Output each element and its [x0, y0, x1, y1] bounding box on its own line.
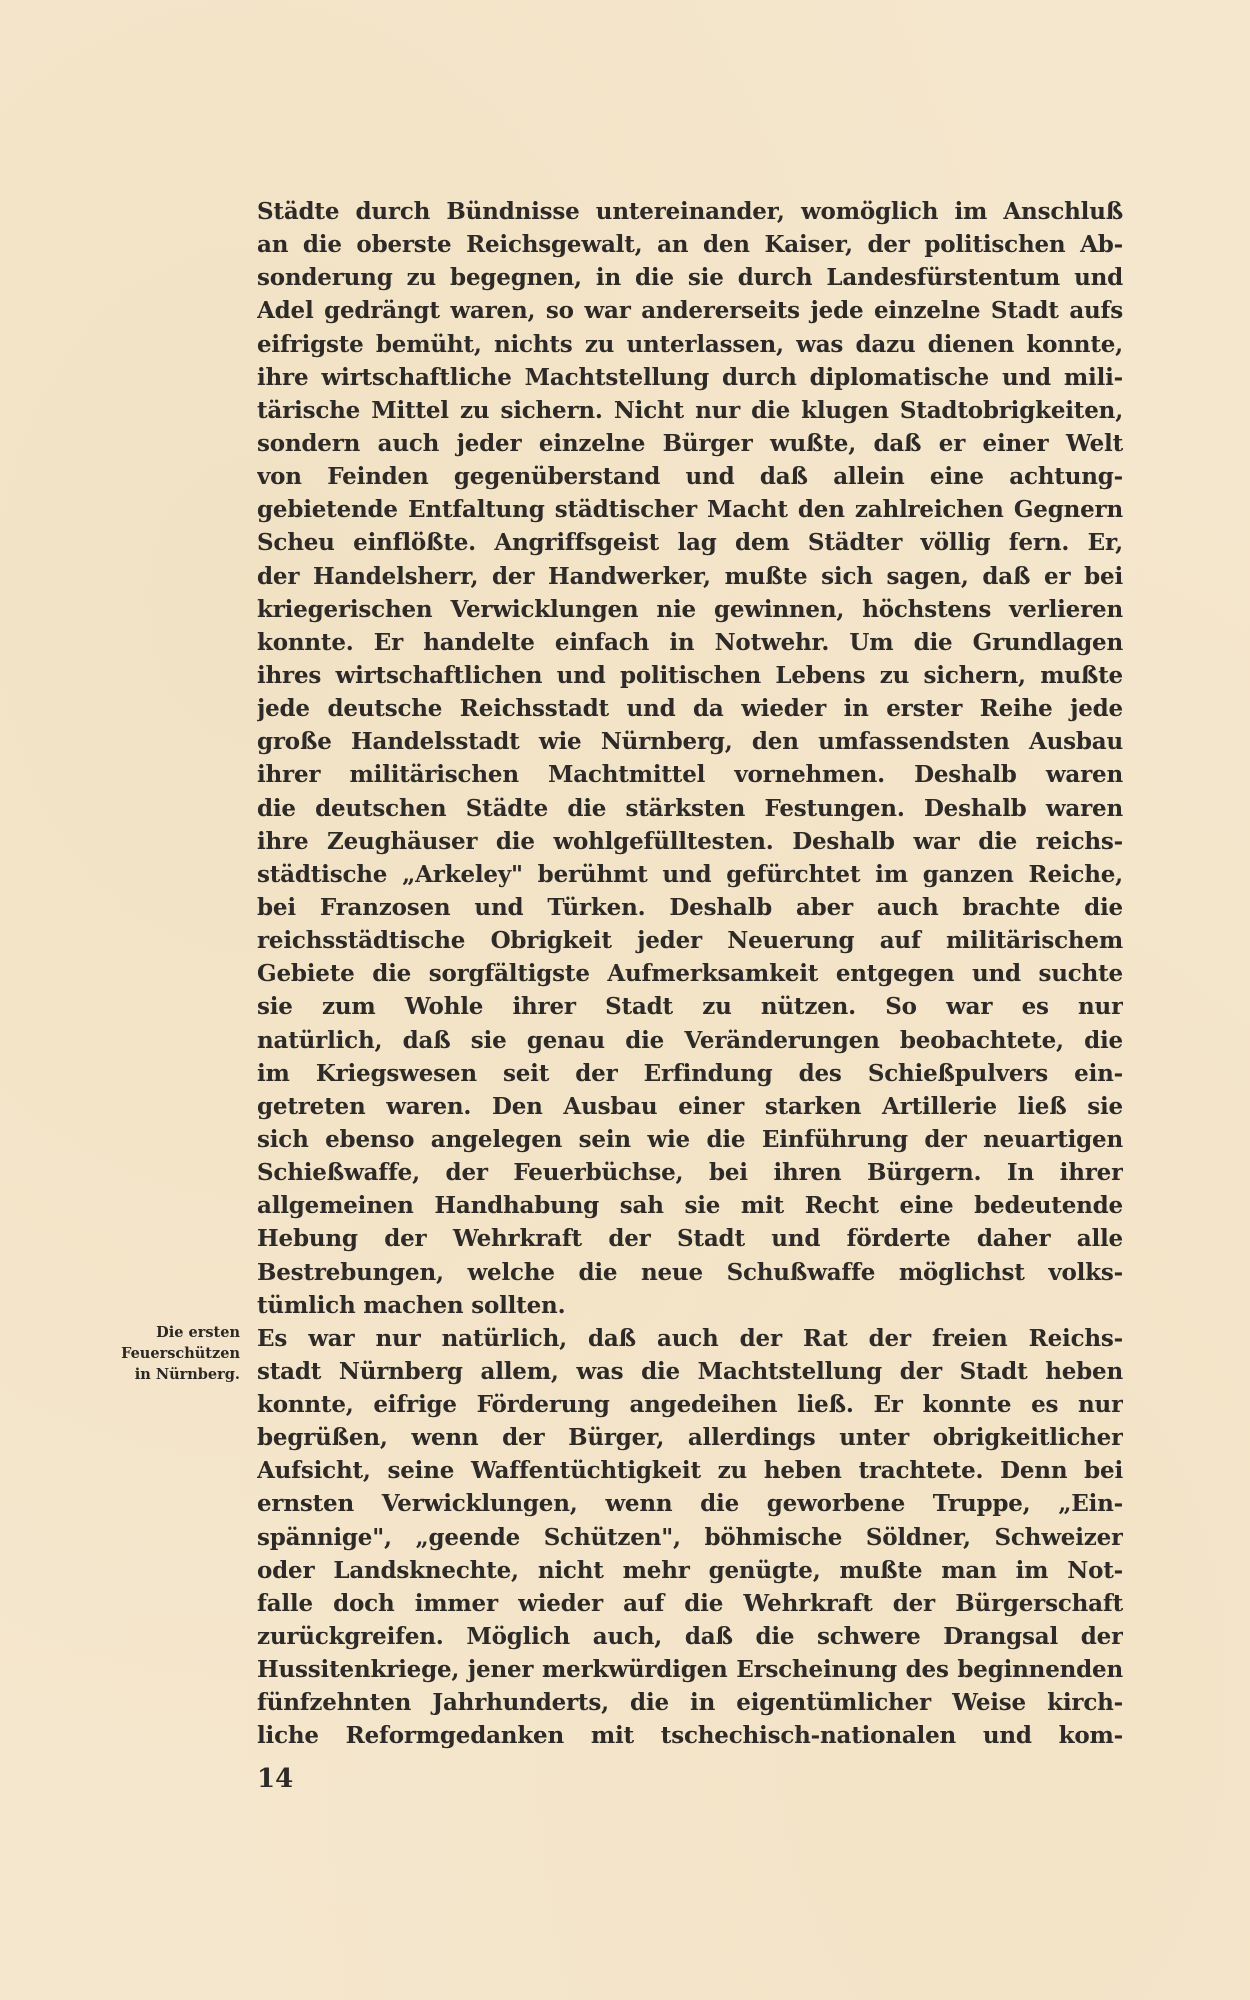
text-line: konnte. Er handelte einfach in Notwehr. …: [257, 626, 1123, 659]
margin-note-line: Feuerschützen: [104, 1343, 240, 1364]
text-line: begrüßen, wenn der Bürger, allerdings un…: [257, 1421, 1123, 1454]
text-line: ihre wirtschaftliche Machtstellung durch…: [257, 361, 1123, 394]
text-line: an die oberste Reichsgewalt, an den Kais…: [257, 228, 1123, 261]
text-line: sondern auch jeder einzelne Bürger wußte…: [257, 427, 1123, 460]
text-line: Städte durch Bündnisse untereinander, wo…: [257, 195, 1123, 228]
paragraph-1: Städte durch Bündnisse untereinander, wo…: [257, 195, 1123, 1322]
text-line: Hebung der Wehrkraft der Stadt und förde…: [257, 1222, 1123, 1255]
text-line: Adel gedrängt waren, so war andererseits…: [257, 294, 1123, 327]
text-line: stadt Nürnberg allem, was die Machtstell…: [257, 1355, 1123, 1388]
text-line: jede deutsche Reichsstadt und da wieder …: [257, 692, 1123, 725]
text-line: Es war nur natürlich, daß auch der Rat d…: [257, 1322, 1123, 1355]
text-line: tärische Mittel zu sichern. Nicht nur di…: [257, 394, 1123, 427]
text-line: Gebiete die sorgfältigste Aufmerksamkeit…: [257, 957, 1123, 990]
text-line: falle doch immer wieder auf die Wehrkraf…: [257, 1587, 1123, 1620]
text-line: allgemeinen Handhabung sah sie mit Recht…: [257, 1189, 1123, 1222]
text-line: reichsstädtische Obrigkeit jeder Neuerun…: [257, 924, 1123, 957]
text-line: tümlich machen sollten.: [257, 1289, 1123, 1322]
paragraph-2: Es war nur natürlich, daß auch der Rat d…: [257, 1322, 1123, 1753]
text-line: kriegerischen Verwicklungen nie gewinnen…: [257, 593, 1123, 626]
margin-note: Die ersten Feuerschützen in Nürnberg.: [104, 1322, 240, 1385]
text-line: getreten waren. Den Ausbau einer starken…: [257, 1090, 1123, 1123]
text-line: liche Reformgedanken mit tschechisch-nat…: [257, 1719, 1123, 1752]
text-line: Aufsicht, seine Waffentüchtigkeit zu heb…: [257, 1454, 1123, 1487]
text-line: ernsten Verwicklungen, wenn die geworben…: [257, 1487, 1123, 1520]
text-line: sonderung zu begegnen, in die sie durch …: [257, 261, 1123, 294]
text-line: von Feinden gegenüberstand und daß allei…: [257, 460, 1123, 493]
text-line: städtische „Arkeley" berühmt und gefürch…: [257, 858, 1123, 891]
text-line: die deutschen Städte die stärksten Festu…: [257, 792, 1123, 825]
text-line: sich ebenso angelegen sein wie die Einfü…: [257, 1123, 1123, 1156]
text-line: ihrer militärischen Machtmittel vornehme…: [257, 758, 1123, 791]
body-text: Städte durch Bündnisse untereinander, wo…: [257, 195, 1123, 1753]
text-line: ihre Zeughäuser die wohlgefülltesten. De…: [257, 825, 1123, 858]
text-line: Scheu einflößte. Angriffsgeist lag dem S…: [257, 526, 1123, 559]
text-line: bei Franzosen und Türken. Deshalb aber a…: [257, 891, 1123, 924]
text-line: oder Landsknechte, nicht mehr genügte, m…: [257, 1554, 1123, 1587]
text-line: zurückgreifen. Möglich auch, daß die sch…: [257, 1620, 1123, 1653]
text-line: große Handelsstadt wie Nürnberg, den umf…: [257, 725, 1123, 758]
text-line: der Handelsherr, der Handwerker, mußte s…: [257, 560, 1123, 593]
margin-note-line: in Nürnberg.: [104, 1364, 240, 1385]
text-line: natürlich, daß sie genau die Veränderung…: [257, 1024, 1123, 1057]
text-line: gebietende Entfaltung städtischer Macht …: [257, 493, 1123, 526]
text-line: ihres wirtschaftlichen und politischen L…: [257, 659, 1123, 692]
text-line: Bestrebungen, welche die neue Schußwaffe…: [257, 1256, 1123, 1289]
page-number: 14: [257, 1764, 293, 1794]
text-line: Hussitenkriege, jener merkwürdigen Ersch…: [257, 1653, 1123, 1686]
margin-note-line: Die ersten: [104, 1322, 240, 1343]
text-line: konnte, eifrige Förderung angedeihen lie…: [257, 1388, 1123, 1421]
text-line: sie zum Wohle ihrer Stadt zu nützen. So …: [257, 990, 1123, 1023]
text-line: im Kriegswesen seit der Erfindung des Sc…: [257, 1057, 1123, 1090]
text-line: spännige", „geende Schützen", böhmische …: [257, 1521, 1123, 1554]
text-line: fünfzehnten Jahrhunderts, die in eigentü…: [257, 1686, 1123, 1719]
text-line: eifrigste bemüht, nichts zu unterlassen,…: [257, 328, 1123, 361]
text-line: Schießwaffe, der Feuerbüchse, bei ihren …: [257, 1156, 1123, 1189]
